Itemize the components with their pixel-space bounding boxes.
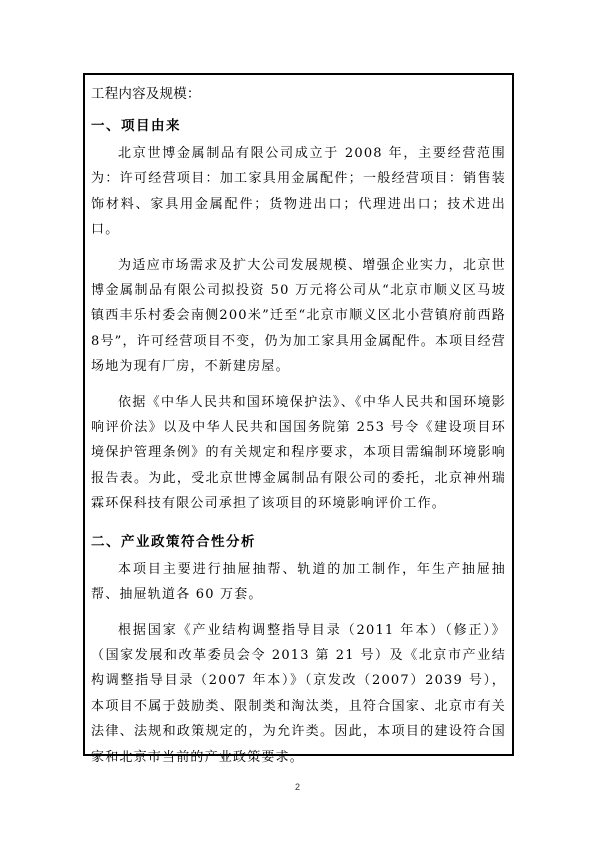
- section-title: 工程内容及规模：: [91, 83, 506, 105]
- paragraph: 依据《中华人民共和国环境保护法》、《中华人民共和国环境影响评价法》以及中华人民共…: [91, 390, 506, 517]
- paragraph: 根据国家《产业结构调整指导目录（2011 年本）（修正）》（国家发展和改革委员会…: [91, 618, 506, 770]
- paragraph: 北京世博金属制品有限公司成立于 2008 年，主要经营范围为：许可经营项目：加工…: [91, 141, 506, 243]
- page-number: 2: [0, 782, 595, 792]
- paragraph: 为适应市场需求及扩大公司发展规模、增强企业实力，北京世博金属制品有限公司拟投资 …: [91, 253, 506, 380]
- content-box: 工程内容及规模： 一、项目由来 北京世博金属制品有限公司成立于 2008 年，主…: [83, 73, 514, 756]
- heading-project-origin: 一、项目由来: [91, 115, 506, 137]
- heading-industrial-policy: 二、产业政策符合性分析: [91, 531, 506, 553]
- paragraph: 本项目主要进行抽屉抽帮、轨道的加工制作，年生产抽屉抽帮、抽屉轨道各 60 万套。: [91, 557, 506, 608]
